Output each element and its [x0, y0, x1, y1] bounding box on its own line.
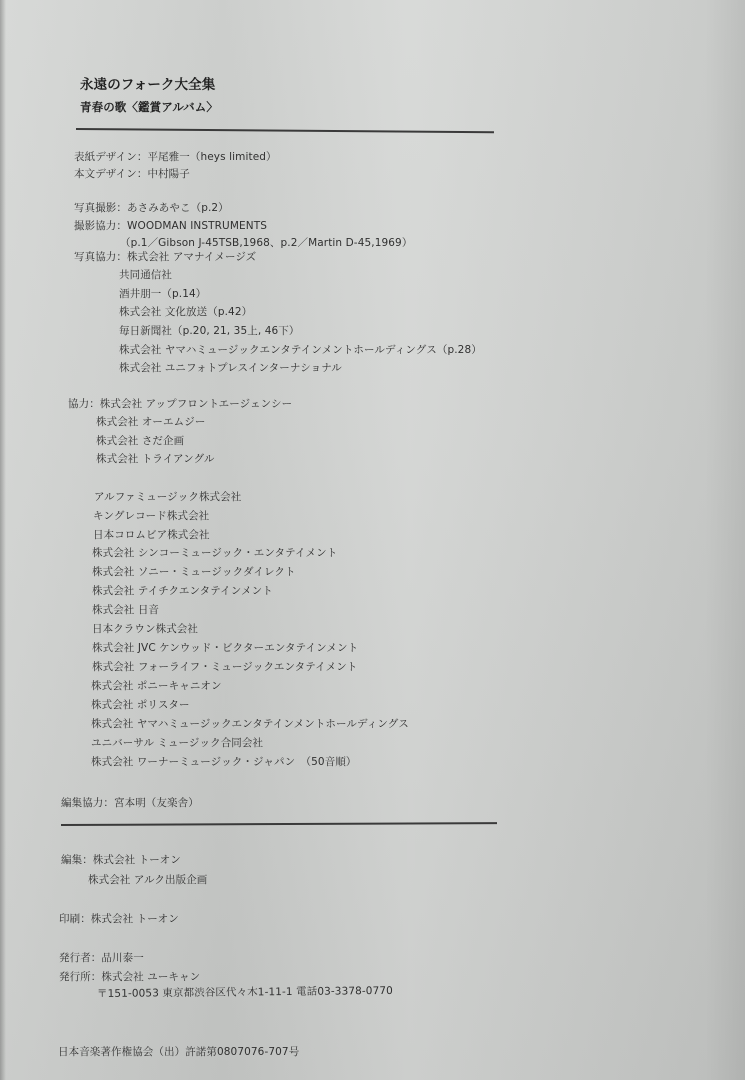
credit-photographer: 写真撮影：あさみあやこ（p.2）: [74, 201, 229, 215]
credit-publisher-person: 発行者：品川泰一: [59, 951, 144, 965]
credit-label-item: 株式会社 フォーライフ・ミュージックエンタテイメント: [92, 660, 357, 674]
divider-top: [76, 128, 494, 133]
credit-cooperation-label: 協力：株式会社 アップフロントエージェンシー: [68, 397, 292, 411]
jasrac-license: 日本音楽著作権協会（出）許諾第0807076-707号: [58, 1045, 299, 1059]
colophon-page: 永遠のフォーク大全集 青春の歌〈鑑賞アルバム〉 表紙デザイン：平尾雅一（heys…: [0, 0, 745, 1080]
credit-shoot-cooperation-detail: （p.1／Gibson J-45TSB,1968、p.2／Martin D-45…: [120, 236, 412, 250]
credit-editing-second: 株式会社 アルク出版企画: [88, 873, 207, 887]
credit-body-design: 本文デザイン：中村陽子: [74, 167, 190, 181]
credit-label-item: 日本クラウン株式会社: [92, 622, 198, 636]
credit-photo-cooperation-item: 株式会社 ヤマハミュージックエンタテインメントホールディングス（p.28）: [119, 343, 482, 357]
page-gutter-shadow: [0, 0, 6, 1080]
credit-editorial-cooperation: 編集協力：宮本明（友楽舎）: [61, 796, 199, 810]
credit-label-item: 日本コロムビア株式会社: [93, 528, 210, 542]
credit-label-item: 株式会社 ワーナーミュージック・ジャパン （50音順）: [91, 755, 357, 769]
credit-label-item: 株式会社 ヤマハミュージックエンタテインメントホールディングス: [91, 717, 409, 731]
book-subtitle: 青春の歌〈鑑賞アルバム〉: [80, 100, 218, 114]
credit-label-item: ユニバーサル ミュージック合同会社: [91, 736, 263, 750]
credit-cooperation-agency: 株式会社 トライアングル: [96, 452, 214, 466]
credit-photo-cooperation-item: 共同通信社: [119, 268, 172, 282]
credit-cooperation-agency: 株式会社 オーエムジー: [96, 415, 205, 429]
credit-label-item: キングレコード株式会社: [93, 509, 209, 523]
credit-photo-cooperation-item: 酒井朋一（p.14）: [119, 287, 206, 301]
credit-shoot-cooperation: 撮影協力：WOODMAN INSTRUMENTS: [74, 219, 267, 233]
credit-label-item: 株式会社 ポニーキャニオン: [91, 679, 222, 693]
credit-label-item: 株式会社 日音: [92, 603, 159, 617]
credit-label-item: 株式会社 ポリスター: [91, 698, 190, 712]
page-edge-shadow: [705, 0, 745, 1080]
credit-cover-design: 表紙デザイン：平尾雅一（heys limited）: [74, 150, 277, 164]
credit-label-item: アルファミュージック株式会社: [94, 490, 241, 504]
credit-label-item: 株式会社 ソニー・ミュージックダイレクト: [92, 565, 296, 579]
credit-cooperation-agency: 株式会社 さだ企画: [96, 434, 184, 448]
credit-photo-cooperation-item: 株式会社 文化放送（p.42）: [119, 305, 252, 319]
divider-bottom: [61, 822, 497, 825]
credit-photo-cooperation-label: 写真協力：株式会社 アマナイメージズ: [74, 250, 256, 264]
credit-publisher-company: 発行所：株式会社 ユーキャン: [59, 970, 200, 984]
credit-editing: 編集：株式会社 トーオン: [61, 853, 181, 867]
publisher-address: 〒151-0053 東京都渋谷区代々木1-11-1 電話03-3378-0770: [97, 984, 393, 1001]
credit-label-item: 株式会社 シンコーミュージック・エンタテイメント: [92, 546, 337, 560]
credit-printing: 印刷：株式会社 トーオン: [59, 912, 179, 926]
credit-label-item: 株式会社 JVC ケンウッド・ビクターエンタテインメント: [92, 641, 358, 655]
credit-photo-cooperation-item: 株式会社 ユニフォトプレスインターナショナル: [119, 361, 342, 375]
book-title: 永遠のフォーク大全集: [80, 78, 215, 92]
credit-label-item: 株式会社 テイチクエンタテインメント: [92, 584, 273, 598]
credit-photo-cooperation-item: 毎日新聞社（p.20, 21, 35上, 46下）: [119, 324, 299, 338]
